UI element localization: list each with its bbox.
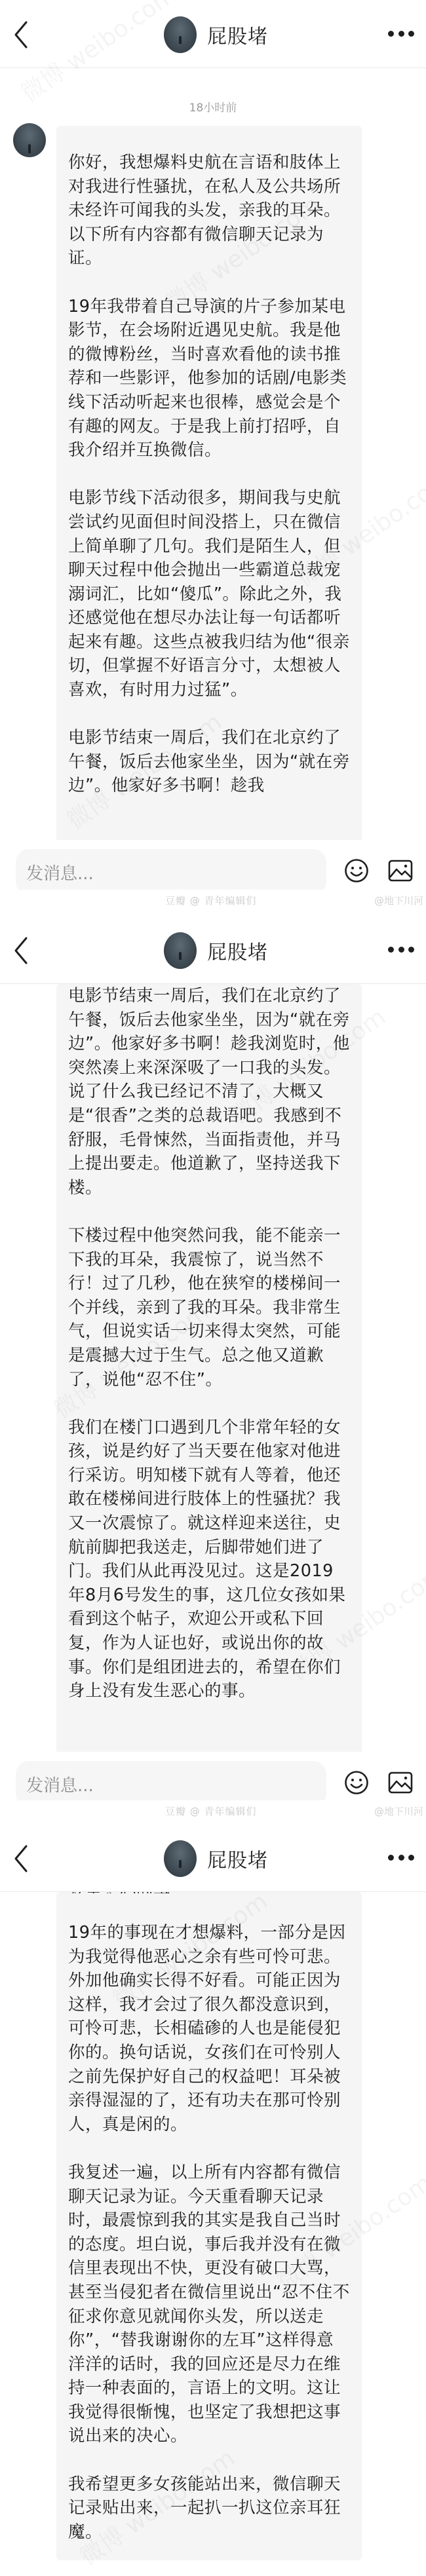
message-timestamp: 18小时前 [0,98,426,115]
chevron-left-icon[interactable] [12,20,31,50]
message-bubble: 你好，我想爆料史航在言语和肢体上对我进行性骚扰，在私人及公共场所未经许可闻我的头… [56,126,362,886]
message-paragraph: 19年我带着自己导演的片子参加某电影节，在会场附近遇见史航。我是他的微博粉丝，当… [68,295,350,463]
chat-header: 屁股堵 [0,0,426,68]
contact-avatar[interactable] [164,1840,197,1877]
smiley-icon[interactable] [344,1770,369,1795]
contact-name: 屁股堵 [207,1844,268,1873]
contact-name: 屁股堵 [207,936,268,965]
chat-header: 屁股堵 [0,916,426,984]
message-paragraph: 我们在楼门口遇到几个非常年轻的女孩，说是约好了当天要在他家对他进行采访。明知楼下… [68,1416,350,1703]
chevron-left-icon[interactable] [12,936,31,966]
message-paragraph: 电影节线下活动很多，期间我与史航尝试约见面但时间没搭上，只在微信上简单聊了几句。… [68,486,350,702]
credit-row: 豆瓣 @ 青年编辑们 @地下川河 [0,1800,426,1827]
more-dots-icon[interactable] [388,945,414,954]
chat-title-group[interactable]: 屁股堵 [164,1838,268,1879]
chat-title-group[interactable]: 屁股堵 [164,14,268,55]
contact-avatar[interactable] [164,932,197,969]
chat-header: 屁股堵 [0,1824,426,1892]
more-dots-icon[interactable] [388,29,414,38]
image-icon[interactable] [388,1771,413,1794]
chat-screen-3: 屁股堵 发生恶心的事。 19年的事现在才想爆料，一部分是因为我觉得他恶心之余有些… [0,1824,426,2576]
credit-row: 豆瓣 @ 青年编辑们 @地下川河 [0,890,426,915]
message-paragraph: 我复述一遍，以上所有内容都有微信聊天记录为证。今天重看聊天记录时，最震惊到我的其… [68,2161,350,2448]
message-bubble: 19年的事现在才想爆料，一部分是因为我觉得他恶心之余有些可怜可悲。外加他确实长得… [56,1892,362,2560]
sender-avatar[interactable] [13,123,46,157]
more-dots-icon[interactable] [388,1853,414,1862]
weibo-credit: @地下川河 [374,894,423,907]
message-bubble: 电影节结束一周后，我们在北京约了午餐，饭后去他家坐坐，因为“就在旁边”。他家好多… [56,984,362,1757]
smiley-icon[interactable] [344,858,369,883]
chat-screen-1: 屁股堵 18小时前 你好，我想爆料史航在言语和肢体上对我进行性骚扰，在私人及公共… [0,0,426,915]
contact-avatar[interactable] [164,16,197,53]
contact-name: 屁股堵 [207,20,268,49]
message-paragraph: 下楼过程中他突然问我，能不能亲一下我的耳朵，我震惊了，说当然不行！过了几秒，他在… [68,1224,350,1392]
chevron-left-icon[interactable] [12,1844,31,1874]
message-paragraph: 19年的事现在才想爆料，一部分是因为我觉得他恶心之余有些可怜可悲。外加他确实长得… [68,1921,350,2136]
source-credit: 豆瓣 @ 青年编辑们 [165,1804,257,1818]
message-paragraph: 电影节结束一周后，我们在北京约了午餐，饭后去他家坐坐，因为“就在旁边”。他家好多… [68,726,350,798]
weibo-credit: @地下川河 [374,1804,423,1818]
message-paragraph: 我希望更多女孩能站出来，微信聊天记录贴出来，一起扒一扒这位亲耳狂魔。 [68,2472,350,2545]
message-input[interactable]: 发消息... [16,849,326,895]
image-icon[interactable] [388,860,413,882]
source-credit: 豆瓣 @ 青年编辑们 [165,894,257,907]
chat-title-group[interactable]: 屁股堵 [164,930,268,971]
message-paragraph: 电影节结束一周后，我们在北京约了午餐，饭后去他家坐坐，因为“就在旁边”。他家好多… [68,984,350,1200]
chat-screen-2: 屁股堵 电影节结束一周后，我们在北京约了午餐，饭后去他家坐坐，因为“就在旁边”。… [0,916,426,1830]
message-paragraph: 你好，我想爆料史航在言语和肢体上对我进行性骚扰，在私人及公共场所未经许可闻我的头… [68,151,350,271]
